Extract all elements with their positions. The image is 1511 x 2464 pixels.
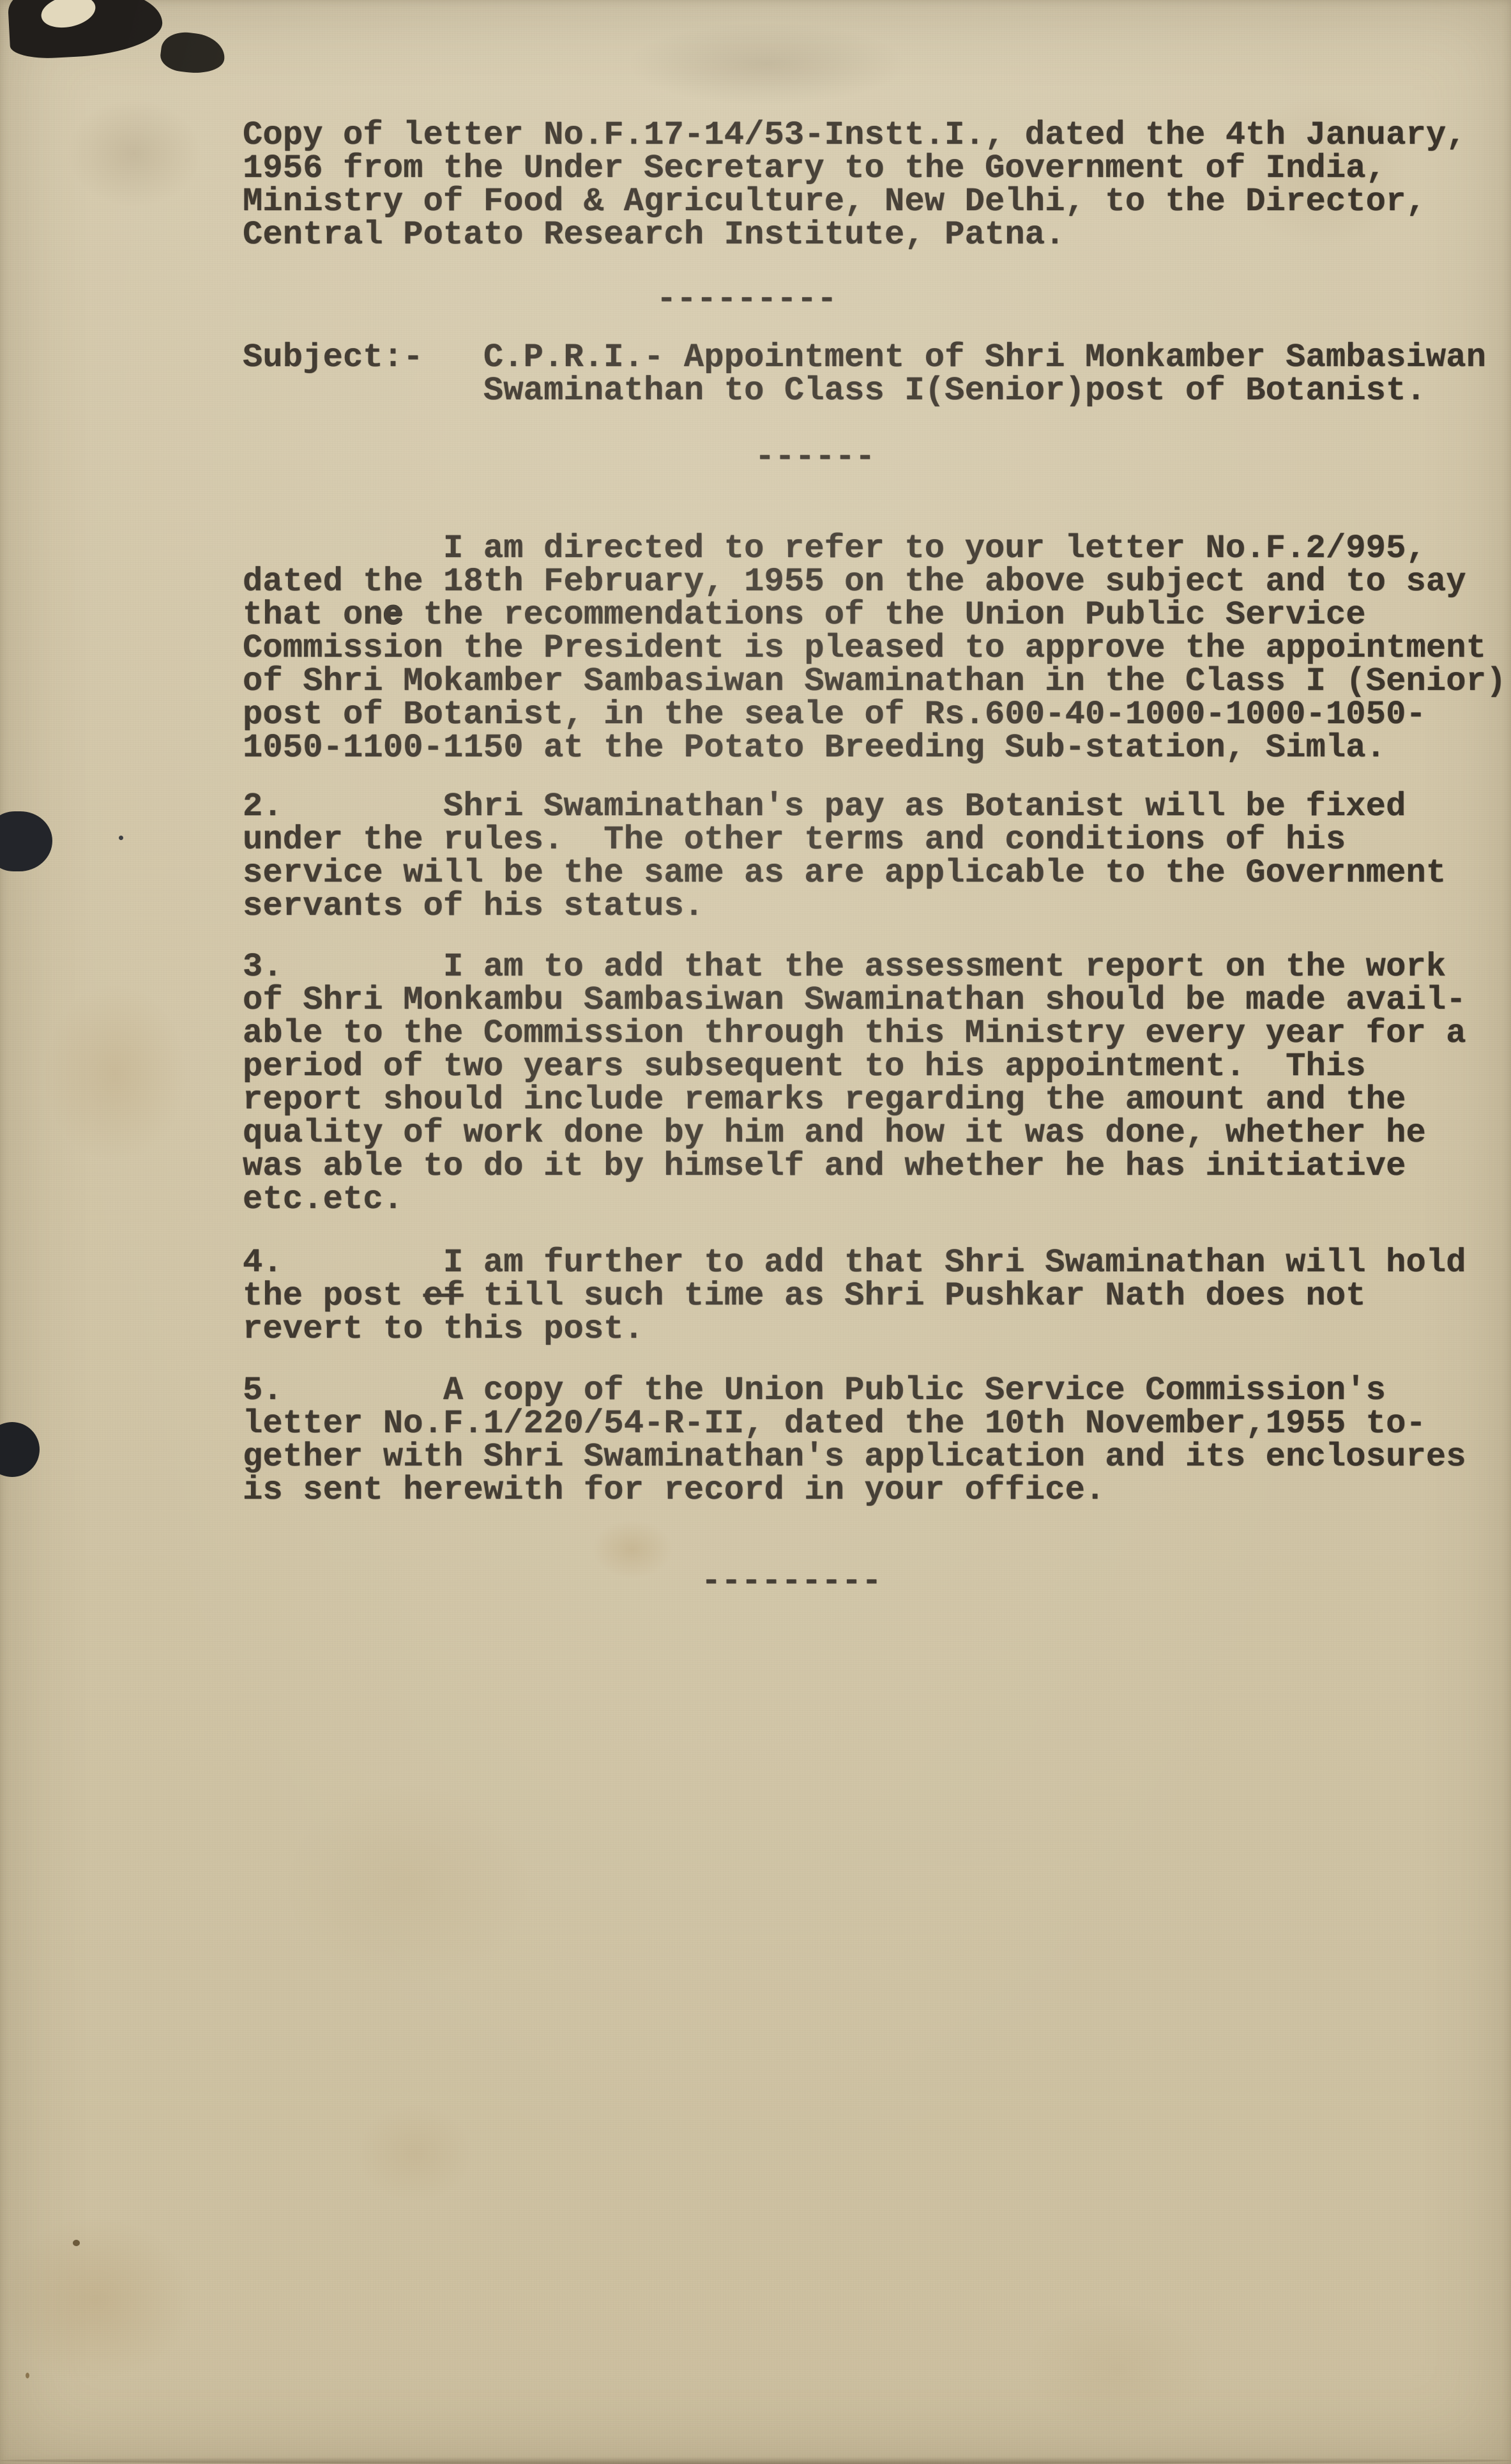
paragraph-5: 5. A copy of the Union Public Service Co… — [243, 1374, 1466, 1507]
struck-out-word: ef — [423, 1277, 464, 1315]
divider-dashes-under-subject: ------ — [755, 441, 875, 474]
letter-page: Copy of letter No.F.17-14/53-Instt.I., d… — [0, 0, 1511, 2464]
divider-dashes-top: --------- — [657, 283, 837, 316]
paragraph-1: I am directed to refer to your letter No… — [243, 532, 1507, 765]
paragraph-1-text: the recommendations of the Union Public … — [243, 596, 1507, 767]
overstruck-character: e — [383, 596, 403, 634]
divider-dashes-bottom: --------- — [701, 1565, 882, 1598]
paragraph-4: 4. I am further to add that Shri Swamina… — [243, 1246, 1466, 1346]
subject-line: Subject:- C.P.R.I.- Appointment of Shri … — [243, 341, 1486, 408]
paragraph-3: 3. I am to add that the assessment repor… — [243, 951, 1466, 1216]
typewritten-letter: Copy of letter No.F.17-14/53-Instt.I., d… — [0, 0, 1511, 2464]
letter-header-reference: Copy of letter No.F.17-14/53-Instt.I., d… — [243, 119, 1466, 252]
paragraph-2: 2. Shri Swaminathan's pay as Botanist wi… — [243, 790, 1446, 923]
